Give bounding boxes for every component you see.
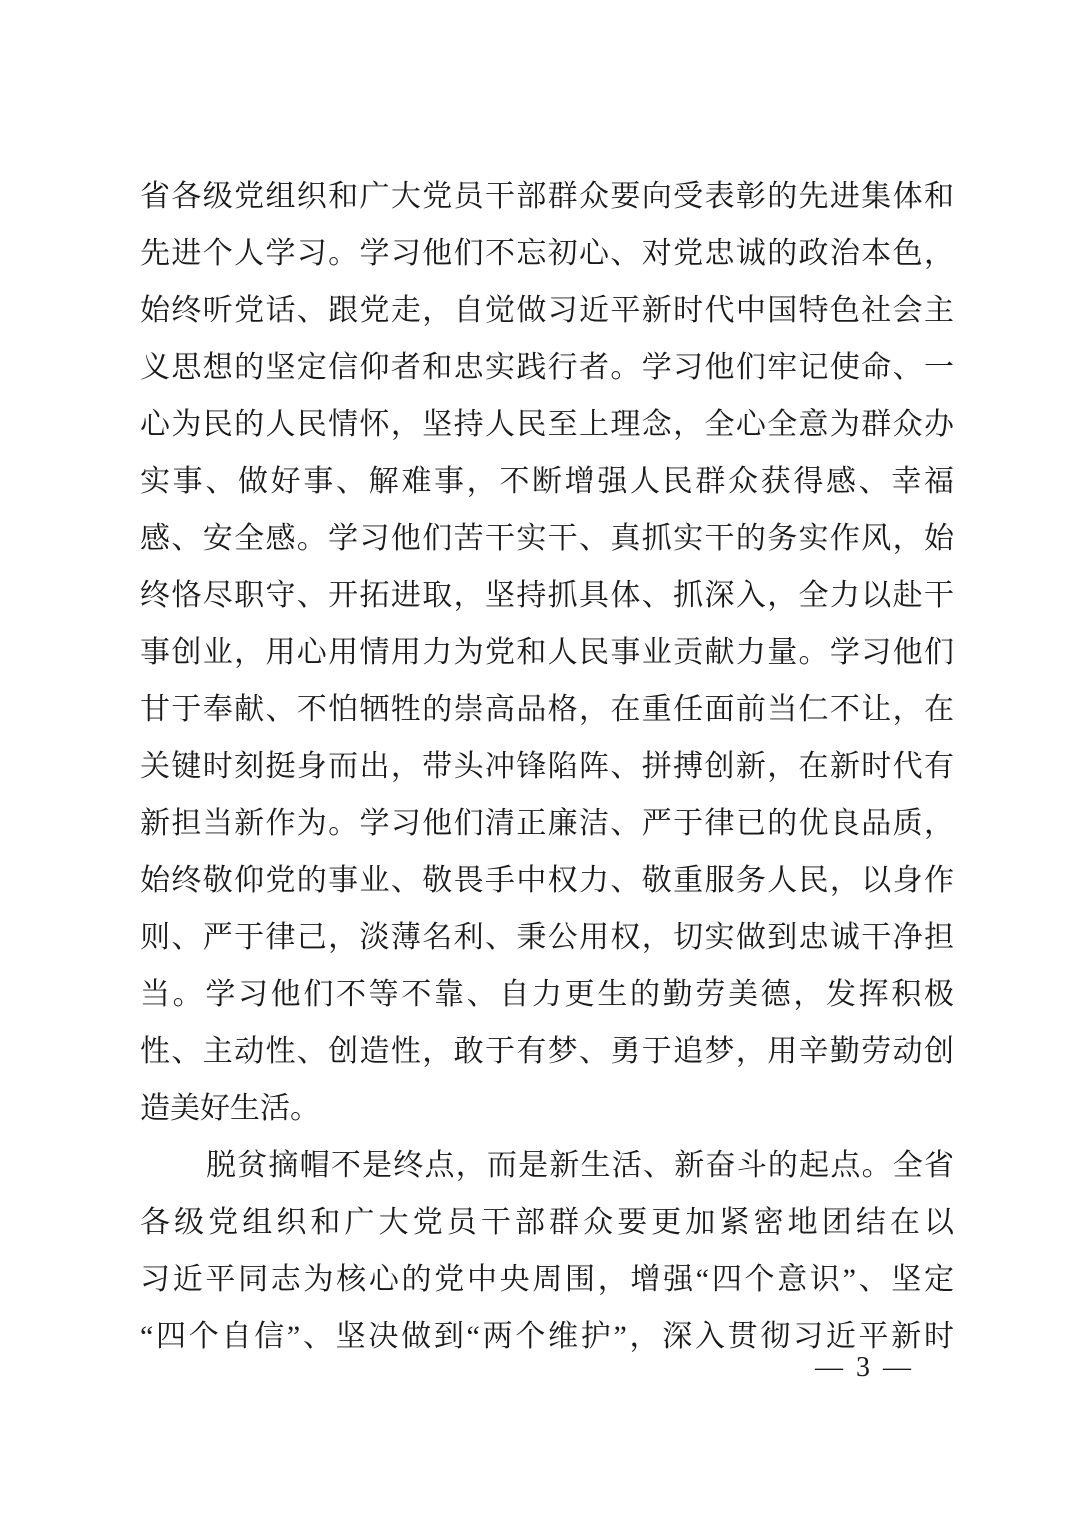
text-line: 关键时刻挺身而出，带头冲锋陷阵、拼搏创新，在新时代有 <box>140 738 954 795</box>
text-line: 脱贫摘帽不是终点，而是新生活、新奋斗的起点。全省 <box>140 1137 954 1194</box>
text-line: 事创业，用心用情用力为党和人民事业贡献力量。学习他们 <box>140 624 954 681</box>
text-line: 始终听党话、跟党走，自觉做习近平新时代中国特色社会主 <box>140 282 954 339</box>
paragraph: 脱贫摘帽不是终点，而是新生活、新奋斗的起点。全省各级党组织和广大党员干部群众要更… <box>140 1137 954 1365</box>
text-line: 各级党组织和广大党员干部群众要更加紧密地团结在以 <box>140 1194 954 1251</box>
text-line: 省各级党组织和广大党员干部群众要向受表彰的先进集体和 <box>140 168 954 225</box>
text-line: 当。学习他们不等不靠、自力更生的勤劳美德，发挥积极 <box>140 966 954 1023</box>
text-line: 感、安全感。学习他们苦干实干、真抓实干的务实作风，始 <box>140 510 954 567</box>
text-line: 则、严于律己，淡薄名利、秉公用权，切实做到忠诚干净担 <box>140 909 954 966</box>
text-line: 心为民的人民情怀，坚持人民至上理念，全心全意为群众办 <box>140 396 954 453</box>
text-line: 义思想的坚定信仰者和忠实践行者。学习他们牢记使命、一 <box>140 339 954 396</box>
text-line: 造美好生活。 <box>140 1080 954 1137</box>
text-line: 习近平同志为核心的党中央周围，增强“四个意识”、坚定 <box>140 1251 954 1308</box>
text-line: 先进个人学习。学习他们不忘初心、对党忠诚的政治本色， <box>140 225 954 282</box>
text-line: 新担当新作为。学习他们清正廉洁、严于律已的优良品质， <box>140 795 954 852</box>
text-line: 始终敬仰党的事业、敬畏手中权力、敬重服务人民，以身作 <box>140 852 954 909</box>
text-line: 终恪尽职守、开拓进取，坚持抓具体、抓深入，全力以赴干 <box>140 567 954 624</box>
text-line: 性、主动性、创造性，敢于有梦、勇于追梦，用辛勤劳动创 <box>140 1023 954 1080</box>
text-line: 实事、做好事、解难事，不断增强人民群众获得感、幸福 <box>140 453 954 510</box>
text-line: 甘于奉献、不怕牺牲的崇高品格，在重任面前当仁不让，在 <box>140 681 954 738</box>
paragraph: 省各级党组织和广大党员干部群众要向受表彰的先进集体和先进个人学习。学习他们不忘初… <box>140 168 954 1137</box>
page-number: — 3 — <box>815 1352 914 1384</box>
body-text: 省各级党组织和广大党员干部群众要向受表彰的先进集体和先进个人学习。学习他们不忘初… <box>140 168 954 1365</box>
document-page: 省各级党组织和广大党员干部群众要向受表彰的先进集体和先进个人学习。学习他们不忘初… <box>0 0 1080 1527</box>
